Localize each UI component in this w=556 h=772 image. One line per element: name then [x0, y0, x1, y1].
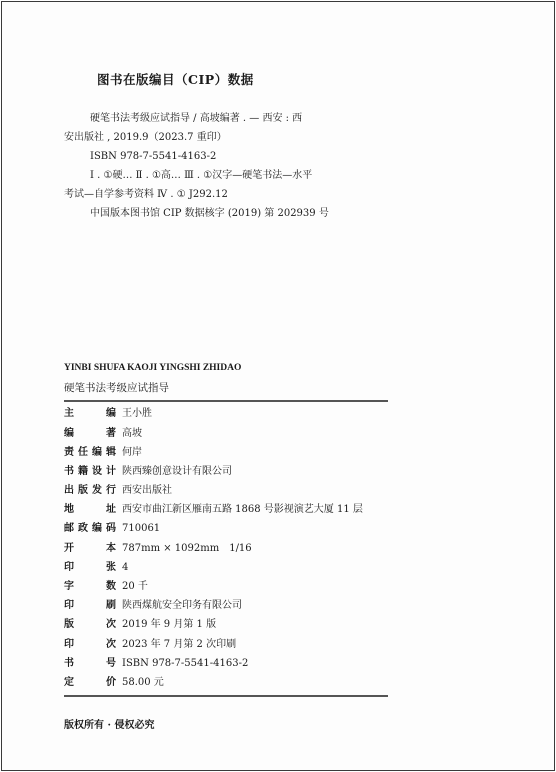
imprint-value: 高坡 — [122, 427, 142, 441]
imprint-value: 4 — [122, 561, 128, 575]
imprint-value: ISBN 978-7-5541-4163-2 — [122, 657, 248, 671]
imprint-row: 邮政编码710061 — [64, 522, 160, 536]
imprint-key: 邮政编码 — [64, 522, 116, 536]
imprint-value: 西安出版社 — [122, 484, 172, 498]
imprint-key: 编著 — [64, 427, 116, 441]
imprint-value: 陕西煤航安全印务有限公司 — [122, 599, 242, 613]
imprint-value: 陕西臻创意设计有限公司 — [122, 465, 232, 479]
imprint-key: 主编 — [64, 407, 116, 421]
imprint-row: 印张4 — [64, 561, 128, 575]
imprint-key: 书籍设计 — [64, 465, 116, 479]
imprint-row: 主编王小胜 — [64, 407, 152, 421]
imprint-key: 印次 — [64, 638, 116, 652]
imprint-value: 何岸 — [122, 446, 142, 460]
imprint-row: 开本787mm × 1092mm 1/16 — [64, 542, 252, 556]
imprint-key: 印张 — [64, 561, 116, 575]
imprint-row: 出版发行西安出版社 — [64, 484, 172, 498]
imprint-key: 定价 — [64, 676, 116, 690]
imprint-key: 出版发行 — [64, 484, 116, 498]
cip-line: ISBN 978-7-5541-4163-2 — [90, 150, 216, 164]
imprint-row: 定价58.00 元 — [64, 676, 164, 690]
copyright-page: 图书在版编目（CIP）数据 硬笔书法考级应试指导 / 高坡编著 . — 西安 :… — [1, 1, 555, 771]
cip-title: 图书在版编目（CIP）数据 — [97, 70, 254, 88]
imprint-key: 地址 — [64, 503, 116, 517]
pinyin-title: YINBI SHUFA KAOJI YINGSHI ZHIDAO — [64, 363, 241, 373]
imprint-value: 20 千 — [122, 580, 148, 594]
imprint-row: 编著高坡 — [64, 427, 142, 441]
cip-line: 考试—自学参考资料 Ⅳ . ① J292.12 — [64, 188, 228, 202]
top-rule — [64, 400, 388, 402]
imprint-row: 书籍设计陕西臻创意设计有限公司 — [64, 465, 232, 479]
imprint-key: 书号 — [64, 657, 116, 671]
imprint-row: 责任编辑何岸 — [64, 446, 142, 460]
imprint-value: 2023 年 7 月第 2 次印刷 — [122, 638, 236, 652]
cip-line: 安出版社 , 2019.9（2023.7 重印） — [64, 131, 227, 145]
cip-line: 中国版本图书馆 CIP 数据核字 (2019) 第 202939 号 — [90, 207, 329, 221]
imprint-value: 710061 — [122, 522, 160, 536]
imprint-value: 787mm × 1092mm 1/16 — [122, 542, 252, 556]
bottom-rule — [64, 695, 388, 697]
imprint-row: 地址西安市曲江新区雁南五路 1868 号影视演艺大厦 11 层 — [64, 503, 363, 517]
imprint-row: 印次2023 年 7 月第 2 次印刷 — [64, 638, 236, 652]
book-title: 硬笔书法考级应试指导 — [64, 380, 169, 395]
imprint-row: 字数20 千 — [64, 580, 148, 594]
cip-line: 硬笔书法考级应试指导 / 高坡编著 . — 西安 : 西 — [90, 112, 302, 126]
cip-line: Ⅰ . ①硬… Ⅱ . ①高… Ⅲ . ①汉字—硬笔书法—水平 — [90, 169, 312, 183]
imprint-value: 2019 年 9 月第 1 版 — [122, 618, 216, 632]
rights-notice: 版权所有 · 侵权必究 — [64, 716, 154, 731]
imprint-row: 版次2019 年 9 月第 1 版 — [64, 618, 216, 632]
imprint-value: 西安市曲江新区雁南五路 1868 号影视演艺大厦 11 层 — [122, 503, 363, 517]
imprint-key: 印刷 — [64, 599, 116, 613]
imprint-key: 责任编辑 — [64, 446, 116, 460]
imprint-value: 58.00 元 — [122, 676, 164, 690]
imprint-row: 书号ISBN 978-7-5541-4163-2 — [64, 657, 248, 671]
imprint-value: 王小胜 — [122, 407, 152, 421]
imprint-key: 版次 — [64, 618, 116, 632]
imprint-key: 开本 — [64, 542, 116, 556]
imprint-row: 印刷陕西煤航安全印务有限公司 — [64, 599, 242, 613]
imprint-key: 字数 — [64, 580, 116, 594]
